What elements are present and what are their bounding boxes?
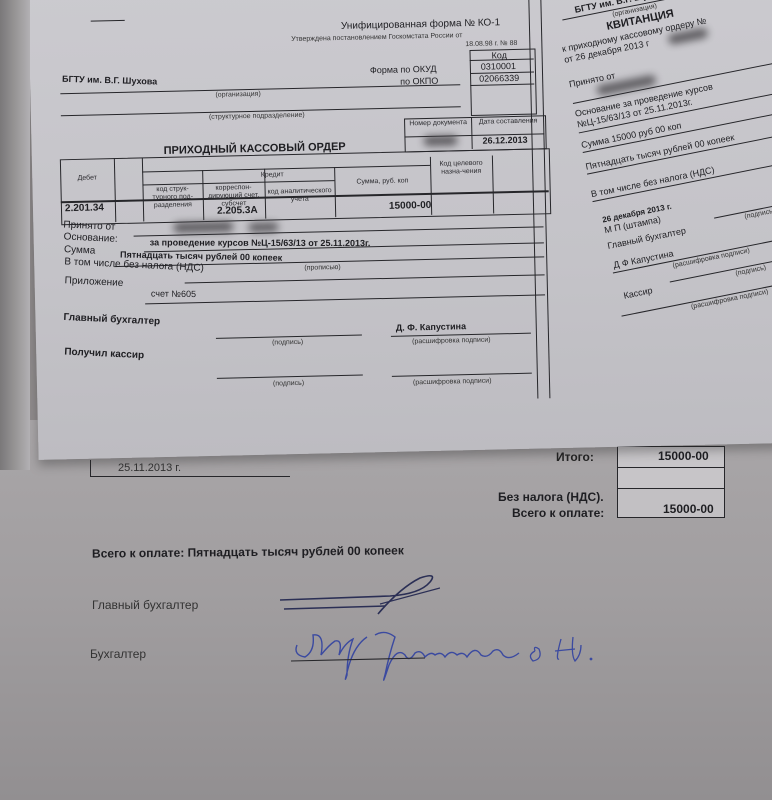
invoice-date-fragment: 25.11.2013 г.: [118, 462, 181, 474]
redacted-number: [423, 135, 457, 146]
form-name: Унифицированная форма № КО-1: [341, 17, 500, 32]
form-approval-date: 18.08.98 г. № 88: [465, 40, 517, 48]
okpo-value: 02066339: [479, 73, 519, 84]
chief-accountant-name: Д. Ф. Капустина: [396, 321, 467, 333]
code-header: Код: [491, 50, 507, 60]
organization-caption: (организация): [215, 91, 260, 99]
invoice-grand-total-label: Всего к оплате:: [512, 506, 604, 520]
signature-caption: (подпись): [272, 339, 303, 347]
document-date-header: Дата составления: [473, 117, 543, 127]
organization-name: БГТУ им. В.Г. Шухова: [62, 74, 157, 87]
invoice-grand-total-value: 15000-00: [663, 502, 714, 516]
decode-caption: (расшифровка подписи): [412, 337, 491, 346]
document-number-header: Номер документа: [406, 119, 470, 128]
department-caption: (структурное подразделение): [209, 112, 305, 121]
invoice-vat-label: Без налога (НДС).: [498, 490, 604, 504]
okud-label: Форма по ОКУД: [370, 64, 437, 76]
sum-label: Сумма: [64, 244, 96, 256]
sum-caption: (прописью): [304, 264, 340, 272]
signature-caption: (подпись): [273, 380, 304, 388]
purpose-code-header: Код целевого назна-чения: [432, 160, 490, 177]
cash-receipt-order-page: Унифицированная форма № КО-1 Утверждена …: [28, 0, 772, 460]
invoice-chief-accountant-label: Главный бухгалтер: [92, 598, 198, 612]
analytic-code-header: код аналитического учета: [267, 187, 333, 204]
okud-value: 0310001: [481, 61, 516, 72]
debit-header: Дебет: [62, 174, 112, 183]
basis-label: Основание:: [63, 231, 118, 245]
background-edge: [0, 0, 30, 470]
invoice-accountant-label: Бухгалтер: [90, 647, 146, 661]
redacted-payer: [173, 221, 233, 232]
cashier-signature-line: [217, 375, 363, 379]
document-date-value: 26.12.2013: [482, 135, 527, 146]
invoice-total-words: Всего к оплате: Пятнадцать тысяч рублей …: [92, 543, 404, 560]
vat-line: [185, 274, 545, 283]
accountant-signature: [285, 615, 605, 695]
debit-value: 2.201.34: [65, 202, 104, 214]
invoice-total-value: 15000-00: [658, 449, 709, 463]
attachment-value: счет №605: [151, 289, 196, 300]
cashier-label: Получил кассир: [64, 346, 144, 361]
receipt: БГТУ им. В.Г. Шухова (организация) КВИТА…: [544, 0, 772, 390]
attachment-label: Приложение: [64, 275, 123, 289]
amount-value: 15000-00: [389, 200, 432, 212]
table-border: [90, 460, 91, 476]
invoice-page: 25.11.2013 г. Итого: 15000-00 Без налога…: [0, 420, 772, 800]
form-approval: Утверждена постановлением Госкомстата Ро…: [291, 32, 462, 43]
cashier-name-line: [392, 373, 532, 377]
chief-accountant-signature: [270, 568, 440, 618]
decode-caption: (расшифровка подписи): [413, 378, 492, 387]
table-border: [90, 476, 290, 477]
redacted-payer: [248, 222, 278, 232]
mark-line: [91, 20, 125, 22]
receipt-cashier-label: Кассир: [623, 285, 654, 301]
chief-accountant-label: Главный бухгалтер: [63, 312, 160, 328]
chief-name-line: [391, 333, 531, 337]
attachment-line: [145, 294, 545, 304]
invoice-vat-cell: [617, 467, 725, 489]
corr-account-value: 2.205.3А: [217, 205, 258, 217]
invoice-total-label: Итого:: [556, 450, 594, 464]
struct-code-header: код струк-турного под-разделения: [144, 185, 201, 210]
